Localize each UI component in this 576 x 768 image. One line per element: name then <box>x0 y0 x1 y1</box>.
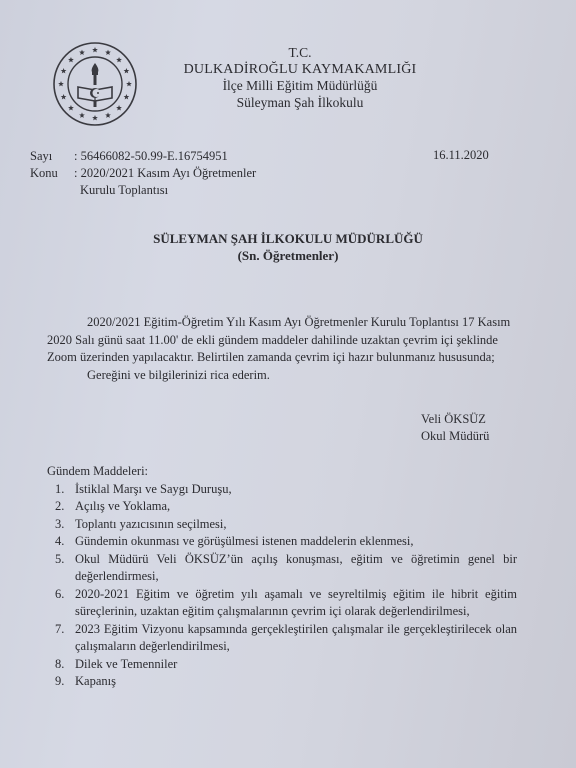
agenda-item-number: 8. <box>55 656 75 674</box>
recipient-block: SÜLEYMAN ŞAH İLKOKULU MÜDÜRLÜĞÜ (Sn. Öğr… <box>0 230 576 264</box>
agenda-item: 5.Okul Müdürü Veli ÖKSÜZ’ün açılış konuş… <box>47 551 517 586</box>
agenda-item-text: 2020-2021 Eğitim ve öğretim yılı aşamalı… <box>75 586 517 621</box>
agenda-item-number: 7. <box>55 621 75 656</box>
agenda-item-text: Açılış ve Yoklama, <box>75 498 517 516</box>
school-heading: Süleyman Şah İlkokulu <box>170 95 430 112</box>
ministry-of-education-emblem-icon <box>52 41 138 127</box>
agenda-item-number: 5. <box>55 551 75 586</box>
document-page: T.C. DULKADİROĞLU KAYMAKAMLIĞI İlçe Mill… <box>0 0 576 768</box>
agenda-item: 8.Dilek ve Temenniler <box>47 656 517 674</box>
letter-body: 2020/2021 Eğitim-Öğretim Yılı Kasım Ayı … <box>47 314 517 384</box>
letterhead: T.C. DULKADİROĞLU KAYMAKAMLIĞI İlçe Mill… <box>170 45 430 111</box>
agenda-item: 7.2023 Eğitim Vizyonu kapsamında gerçekl… <box>47 621 517 656</box>
agenda-list: 1.İstiklal Marşı ve Saygı Duruşu, 2.Açıl… <box>47 481 517 691</box>
country-heading: T.C. <box>170 45 430 62</box>
recipient-subtitle: (Sn. Öğretmenler) <box>0 247 576 264</box>
agenda-item-text: Dilek ve Temenniler <box>75 656 517 674</box>
closing-line: Gereğini ve bilgilerinizi rica ederim. <box>47 367 517 385</box>
signatory-name: Veli ÖKSÜZ <box>421 411 489 428</box>
subject-value: : 2020/2021 Kasım Ayı Öğretmenler <box>74 166 256 180</box>
agenda-item-number: 3. <box>55 516 75 534</box>
agenda-item-text: İstiklal Marşı ve Saygı Duruşu, <box>75 481 517 499</box>
number-label: Sayı <box>30 148 74 165</box>
agenda-item: 1.İstiklal Marşı ve Saygı Duruşu, <box>47 481 517 499</box>
recipient-title: SÜLEYMAN ŞAH İLKOKULU MÜDÜRLÜĞÜ <box>0 230 576 247</box>
agenda-item-text: Okul Müdürü Veli ÖKSÜZ’ün açılış konuşma… <box>75 551 517 586</box>
agenda-item-number: 4. <box>55 533 75 551</box>
number-value: : 56466082-50.99-E.16754951 <box>74 149 228 163</box>
directorate-heading: İlçe Milli Eğitim Müdürlüğü <box>170 78 430 95</box>
agenda-item: 2.Açılış ve Yoklama, <box>47 498 517 516</box>
governorship-heading: DULKADİROĞLU KAYMAKAMLIĞI <box>170 62 430 79</box>
agenda-item-number: 9. <box>55 673 75 691</box>
signature-block: Veli ÖKSÜZ Okul Müdürü <box>421 411 489 445</box>
subject-label: Konu <box>30 165 74 182</box>
agenda-item-number: 1. <box>55 481 75 499</box>
subject-value-continued: Kurulu Toplantısı <box>30 182 256 199</box>
signatory-title: Okul Müdürü <box>421 428 489 445</box>
agenda-item-number: 6. <box>55 586 75 621</box>
agenda-item-number: 2. <box>55 498 75 516</box>
agenda-item: 3.Toplantı yazıcısının seçilmesi, <box>47 516 517 534</box>
agenda-item-text: Gündemin okunması ve görüşülmesi istenen… <box>75 533 517 551</box>
agenda-item-text: Toplantı yazıcısının seçilmesi, <box>75 516 517 534</box>
agenda-section: Gündem Maddeleri: 1.İstiklal Marşı ve Sa… <box>47 463 517 691</box>
agenda-item-text: 2023 Eğitim Vizyonu kapsamında gerçekleş… <box>75 621 517 656</box>
agenda-item: 4.Gündemin okunması ve görüşülmesi isten… <box>47 533 517 551</box>
agenda-title: Gündem Maddeleri: <box>47 463 517 481</box>
agenda-item: 9.Kapanış <box>47 673 517 691</box>
document-meta: Sayı: 56466082-50.99-E.16754951 Konu: 20… <box>30 148 256 199</box>
agenda-item: 6.2020-2021 Eğitim ve öğretim yılı aşama… <box>47 586 517 621</box>
body-paragraph: 2020/2021 Eğitim-Öğretim Yılı Kasım Ayı … <box>47 314 517 367</box>
agenda-item-text: Kapanış <box>75 673 517 691</box>
document-date: 16.11.2020 <box>433 148 489 163</box>
